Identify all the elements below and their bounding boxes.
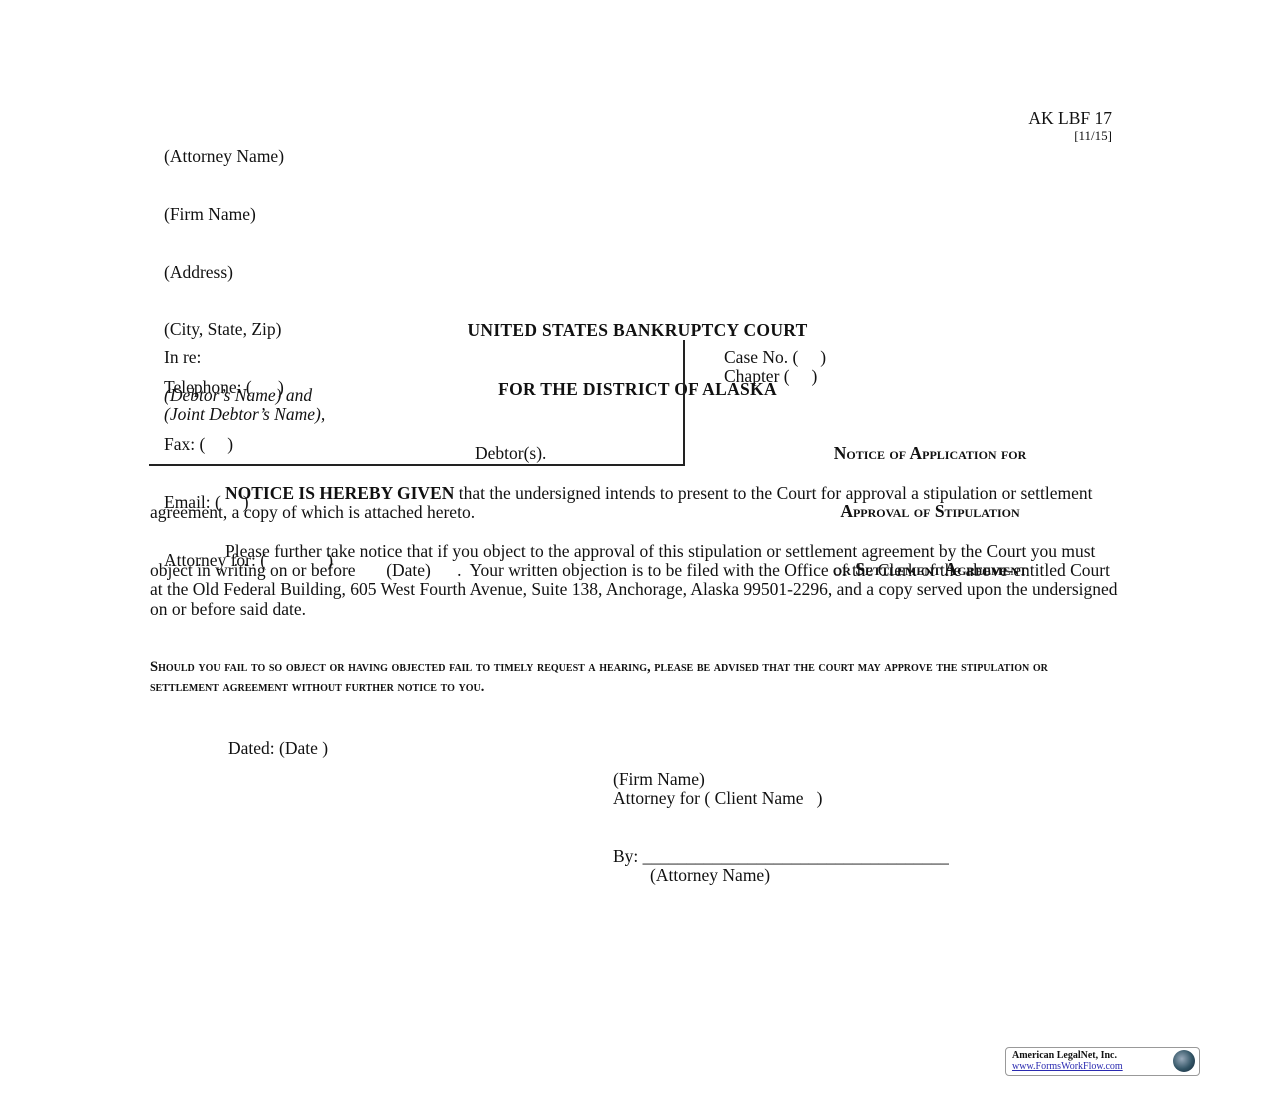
publisher-name: American LegalNet, Inc. <box>1012 1050 1117 1061</box>
notice-lead: NOTICE IS HEREBY GIVEN <box>225 483 454 503</box>
court-line-1: UNITED STATES BANKRUPTCY COURT <box>0 321 1275 341</box>
signature-attorney-name: (Attorney Name) <box>650 866 770 885</box>
debtor-name: (Debtor’s Name) and <box>164 386 312 405</box>
notice-paragraph: NOTICE IS HEREBY GIVEN that the undersig… <box>150 484 1120 522</box>
chapter: Chapter ( ) <box>724 367 817 386</box>
dated-line: Dated: (Date ) <box>228 739 328 758</box>
firm-name: (Firm Name) <box>164 205 333 224</box>
address: (Address) <box>164 263 333 282</box>
signature-firm-name: (Firm Name) <box>613 770 705 789</box>
form-revision-date: [11/15] <box>1074 128 1112 144</box>
case-number: Case No. ( ) <box>724 348 826 367</box>
title-line-1: Notice of Application for <box>740 444 1120 463</box>
objection-paragraph: Please further take notice that if you o… <box>150 542 1120 619</box>
debtors-label: Debtor(s). <box>475 444 546 463</box>
form-number: AK LBF 17 <box>1028 109 1112 128</box>
objection-text: Please further take notice that if you o… <box>150 541 1122 619</box>
attorney-name: (Attorney Name) <box>164 147 333 166</box>
warning-paragraph: Should you fail to so object or having o… <box>150 658 1110 697</box>
signature-attorney-for: Attorney for ( Client Name ) <box>613 789 822 808</box>
signature-line: By: ___________________________________ <box>613 847 949 866</box>
publisher-badge[interactable]: American LegalNet, Inc. www.FormsWorkFlo… <box>1005 1047 1200 1076</box>
globe-logo-icon <box>1173 1050 1195 1072</box>
in-re-label: In re: <box>164 348 201 367</box>
joint-debtor-name: (Joint Debtor’s Name), <box>164 405 325 424</box>
publisher-link[interactable]: www.FormsWorkFlow.com <box>1012 1061 1123 1072</box>
